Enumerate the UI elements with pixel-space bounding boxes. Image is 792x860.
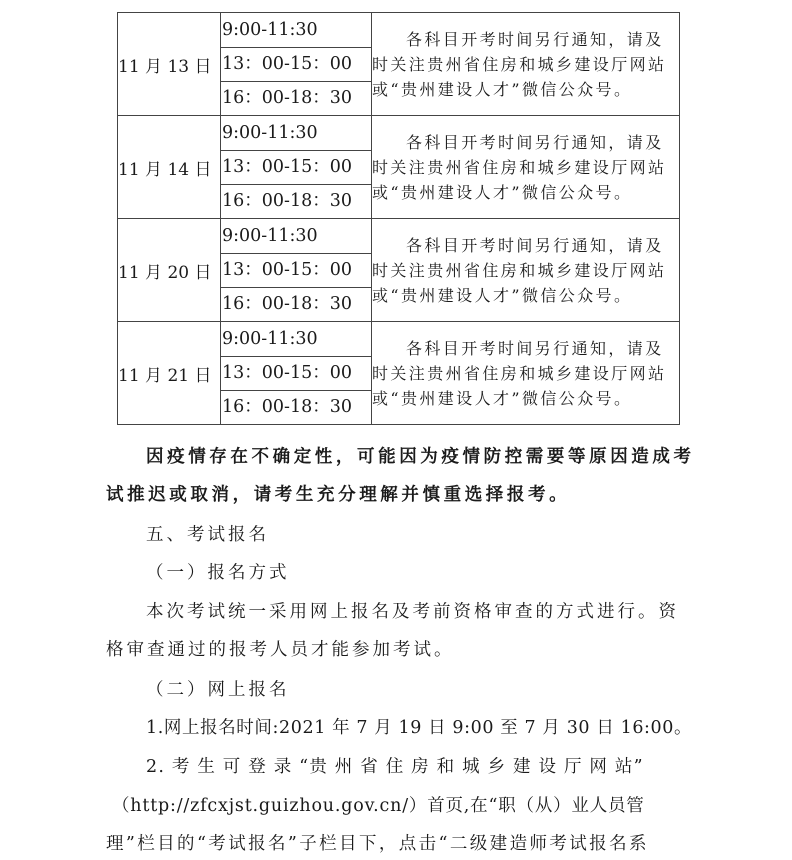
login-instruction-line-3: 理”栏目的“考试报名”子栏目下，点击“二级建造师考试报名系 xyxy=(106,831,696,857)
registration-method-para-line-1: 本次考试统一采用网上报名及考前资格审查的方式进行。资 xyxy=(106,599,736,625)
date-cell: 11 月 14 日 xyxy=(118,116,221,219)
time-slot: 13：00-15：00 xyxy=(221,151,371,185)
table-row: 11 月 21 日 9:00-11:30 13：00-15：00 16：00-1… xyxy=(118,322,680,425)
registration-time-item: 1.网上报名时间:2021 年 7 月 19 日 9:00 至 7 月 30 日… xyxy=(106,715,736,741)
note-line: 或“贵州建设人才”微信公众号。 xyxy=(372,283,679,308)
note-line: 各科目开考时间另行通知，请及 xyxy=(372,336,679,361)
time-slots-cell: 9:00-11:30 13：00-15：00 16：00-18：30 xyxy=(221,322,372,425)
table-row: 11 月 13 日 9:00-11:30 13：00-15：00 16：00-1… xyxy=(118,13,680,116)
note-line: 时关注贵州省住房和城乡建设厅网站 xyxy=(372,155,679,180)
time-slot: 16：00-18：30 xyxy=(221,82,371,115)
time-slot: 16：00-18：30 xyxy=(221,391,371,424)
epidemic-warning-line-1: 因疫情存在不确定性，可能因为疫情防控需要等原因造成考 xyxy=(106,444,736,470)
time-slots-cell: 9:00-11:30 13：00-15：00 16：00-18：30 xyxy=(221,116,372,219)
note-line: 或“贵州建设人才”微信公众号。 xyxy=(372,386,679,411)
time-slots-cell: 9:00-11:30 13：00-15：00 16：00-18：30 xyxy=(221,219,372,322)
table-row: 11 月 20 日 9:00-11:30 13：00-15：00 16：00-1… xyxy=(118,219,680,322)
registration-method-para-line-2: 格审查通过的报考人员才能参加考试。 xyxy=(106,637,696,663)
date-cell: 11 月 21 日 xyxy=(118,322,221,425)
exam-schedule-table: 11 月 13 日 9:00-11:30 13：00-15：00 16：00-1… xyxy=(117,12,680,425)
date-cell: 11 月 20 日 xyxy=(118,219,221,322)
subheading-registration-method: （一）报名方式 xyxy=(146,560,736,586)
document-page: 11 月 13 日 9:00-11:30 13：00-15：00 16：00-1… xyxy=(0,0,792,860)
time-slot: 13：00-15：00 xyxy=(221,48,371,82)
time-slot: 13：00-15：00 xyxy=(221,357,371,391)
note-line: 时关注贵州省住房和城乡建设厅网站 xyxy=(372,361,679,386)
time-slot: 9:00-11:30 xyxy=(221,14,371,48)
time-slot: 16：00-18：30 xyxy=(221,185,371,218)
table-row: 11 月 14 日 9:00-11:30 13：00-15：00 16：00-1… xyxy=(118,116,680,219)
time-slot: 9:00-11:30 xyxy=(221,117,371,151)
note-cell: 各科目开考时间另行通知，请及 时关注贵州省住房和城乡建设厅网站 或“贵州建设人才… xyxy=(372,219,680,322)
time-slots-cell: 9:00-11:30 13：00-15：00 16：00-18：30 xyxy=(221,13,372,116)
login-instruction-line-1: 2. 考 生 可 登 录 “贵 州 省 住 房 和 城 乡 建 设 厅 网 站” xyxy=(106,754,736,780)
epidemic-warning-line-2: 试推迟或取消，请考生充分理解并慎重选择报考。 xyxy=(106,482,696,508)
note-cell: 各科目开考时间另行通知，请及 时关注贵州省住房和城乡建设厅网站 或“贵州建设人才… xyxy=(372,322,680,425)
section-heading-registration: 五、考试报名 xyxy=(106,522,736,548)
date-cell: 11 月 13 日 xyxy=(118,13,221,116)
note-line: 时关注贵州省住房和城乡建设厅网站 xyxy=(372,258,679,283)
time-slot: 13：00-15：00 xyxy=(221,254,371,288)
note-cell: 各科目开考时间另行通知，请及 时关注贵州省住房和城乡建设厅网站 或“贵州建设人才… xyxy=(372,116,680,219)
note-line: 各科目开考时间另行通知，请及 xyxy=(372,233,679,258)
note-cell: 各科目开考时间另行通知，请及 时关注贵州省住房和城乡建设厅网站 或“贵州建设人才… xyxy=(372,13,680,116)
subheading-online-registration: （二）网上报名 xyxy=(146,677,736,703)
note-line: 或“贵州建设人才”微信公众号。 xyxy=(372,180,679,205)
time-slot: 16：00-18：30 xyxy=(221,288,371,321)
note-line: 各科目开考时间另行通知，请及 xyxy=(372,130,679,155)
note-line: 各科目开考时间另行通知，请及 xyxy=(372,27,679,52)
note-line: 时关注贵州省住房和城乡建设厅网站 xyxy=(372,52,679,77)
time-slot: 9:00-11:30 xyxy=(221,220,371,254)
login-instruction-line-2: （http://zfcxjst.guizhou.gov.cn/）首页,在“职（从… xyxy=(112,793,702,819)
time-slot: 9:00-11:30 xyxy=(221,323,371,357)
note-line: 或“贵州建设人才”微信公众号。 xyxy=(372,77,679,102)
